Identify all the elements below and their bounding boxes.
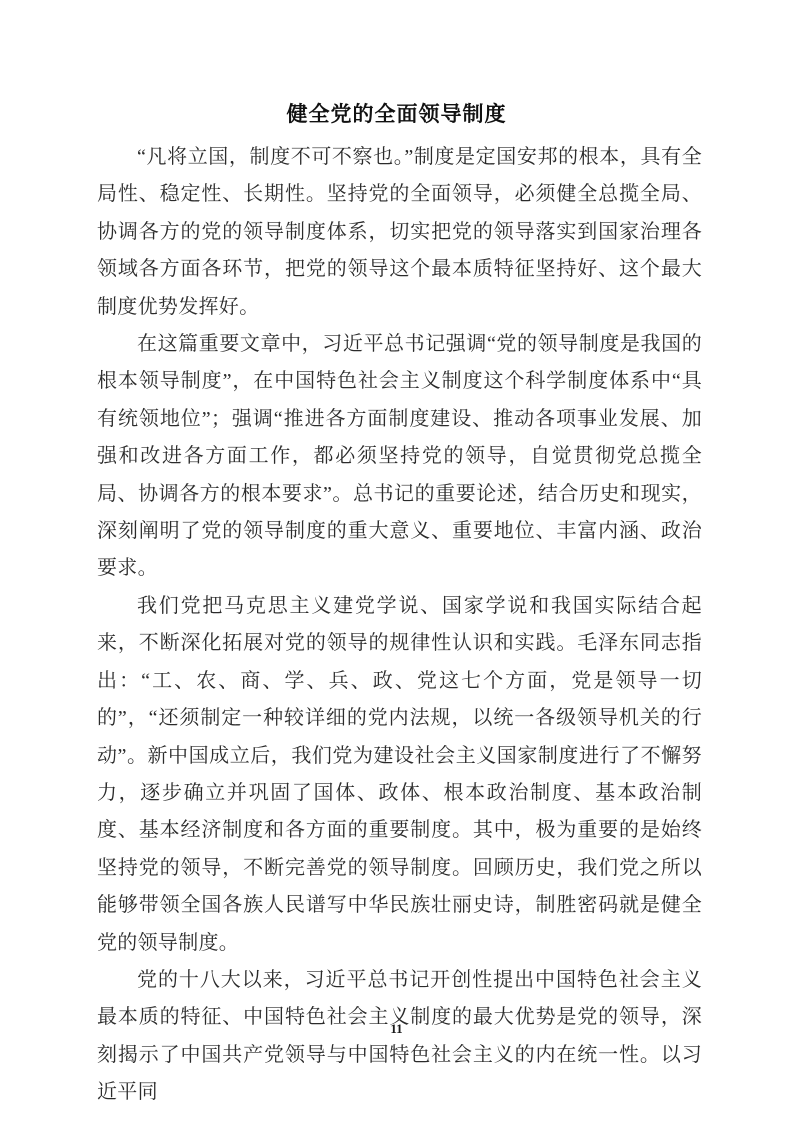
paragraph-1: “凡将立国，制度不可不察也。”制度是定国安邦的根本，具有全局性、稳定性、长期性。… (97, 139, 702, 326)
paragraph-3: 我们党把马克思主义建党学说、国家学说和我国实际结合起来，不断深化拓展对党的领导的… (97, 588, 702, 962)
body-text-block: “凡将立国，制度不可不察也。”制度是定国安邦的根本，具有全局性、稳定性、长期性。… (97, 139, 702, 1112)
page-number: 11 (0, 1020, 793, 1038)
paragraph-2: 在这篇重要文章中，习近平总书记强调“党的领导制度是我国的根本领导制度”，在中国特… (97, 326, 702, 588)
document-page: 健全党的全面领导制度 “凡将立国，制度不可不察也。”制度是定国安邦的根本，具有全… (0, 0, 793, 1122)
page-title: 健全党的全面领导制度 (0, 100, 793, 128)
